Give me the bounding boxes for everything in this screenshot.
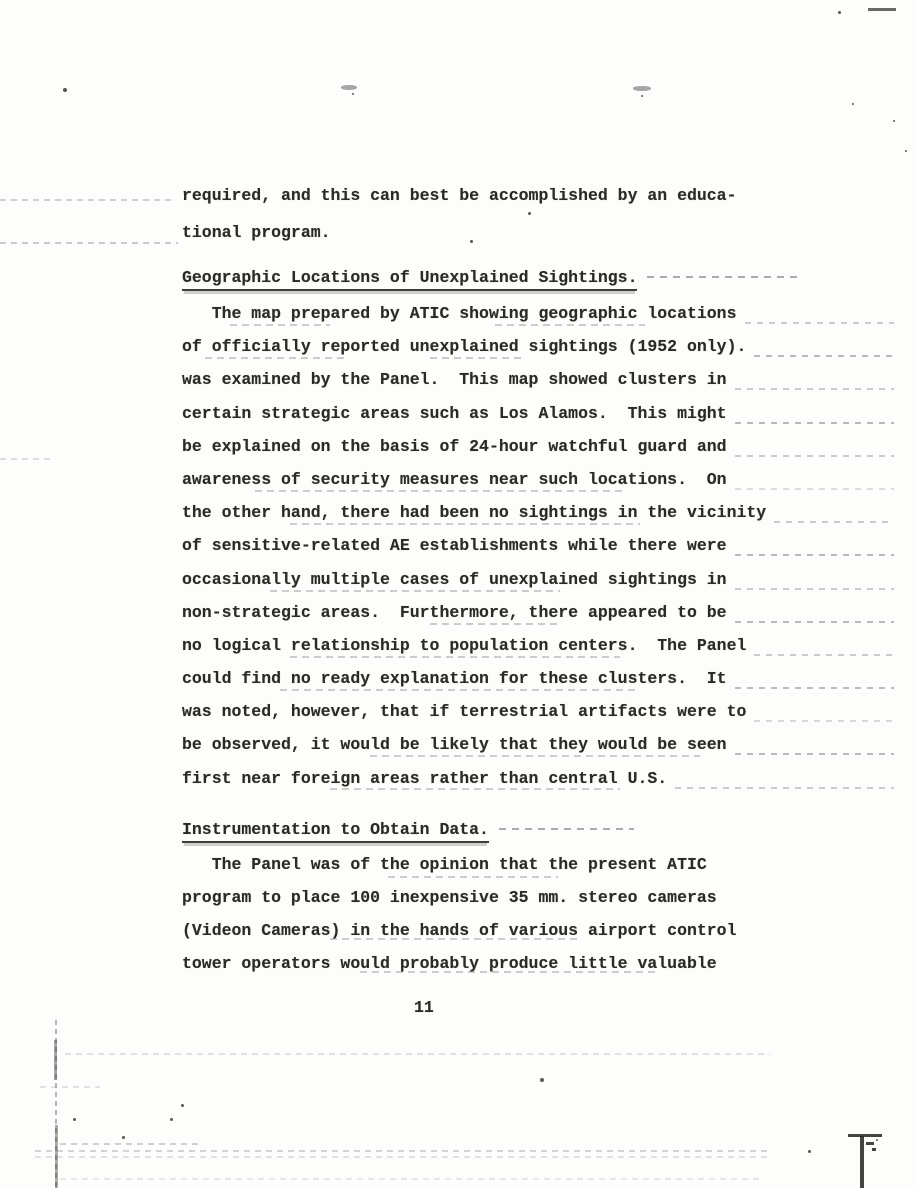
scan-smudge-artifact	[341, 85, 357, 90]
paragraph-geographic-locations: The map prepared by ATIC showing geograp…	[182, 304, 894, 802]
scan-dash-artifact	[35, 1150, 770, 1152]
text-line: occasionally multiple cases of unexplain…	[182, 570, 894, 603]
scan-trail-artifact	[754, 355, 894, 357]
scan-dot-artifact	[893, 120, 895, 122]
text-line: no logical relationship to population ce…	[182, 636, 894, 669]
scan-underline-artifact	[430, 357, 525, 359]
text-line: was noted, however, that if terrestrial …	[182, 702, 894, 735]
text-line: was examined by the Panel. This map show…	[182, 370, 894, 403]
scan-dot-artifact	[641, 95, 643, 97]
text-line-content: no logical relationship to population ce…	[182, 636, 746, 655]
scan-dot-artifact	[876, 1139, 878, 1141]
text-line: required, and this can best be accomplis…	[182, 186, 894, 223]
text-line-content: the other hand, there had been no sighti…	[182, 503, 766, 522]
scan-underline-artifact	[280, 689, 640, 691]
scan-underline-artifact	[230, 324, 330, 326]
text-line: certain strategic areas such as Los Alam…	[182, 404, 894, 437]
scan-dash-artifact	[0, 242, 178, 244]
text-line: non-strategic areas. Furthermore, there …	[182, 603, 894, 636]
scan-trail-artifact	[754, 654, 894, 656]
scan-underline-artifact	[255, 490, 625, 492]
text-line-content: The map prepared by ATIC showing geograp…	[182, 304, 737, 323]
scan-dot-artifact	[170, 1118, 173, 1121]
scan-trail-artifact	[675, 787, 894, 789]
scan-bracket-artifact	[866, 1142, 874, 1145]
text-line: tional program.	[182, 223, 894, 260]
scan-underline-artifact	[290, 523, 640, 525]
scan-dot-artifact	[838, 11, 841, 14]
text-line-content: occasionally multiple cases of unexplain…	[182, 570, 727, 589]
scan-trail-artifact	[774, 521, 894, 523]
scan-dash-artifact	[499, 828, 634, 830]
scan-underline-artifact	[388, 876, 558, 878]
scan-trail-artifact	[735, 588, 894, 590]
scan-trail-artifact	[754, 720, 894, 722]
text-line-content: was examined by the Panel. This map show…	[182, 370, 727, 389]
text-line: be explained on the basis of 24-hour wat…	[182, 437, 894, 470]
scan-dash-artifact	[647, 276, 797, 278]
scan-underline-artifact	[430, 623, 560, 625]
scan-trail-artifact	[735, 621, 894, 623]
text-line: first near foreign areas rather than cen…	[182, 769, 894, 802]
scan-trail-artifact	[735, 388, 894, 390]
scan-dash-artifact	[35, 1156, 770, 1158]
scan-dash-artifact	[65, 1053, 770, 1055]
scan-trail-artifact	[735, 554, 894, 556]
scan-dash-artifact	[40, 1086, 100, 1088]
scan-dash-artifact	[60, 1178, 760, 1180]
scan-dot-artifact	[122, 1136, 125, 1139]
scanned-document-page: required, and this can best be accomplis…	[0, 0, 918, 1188]
scan-trail-artifact	[735, 455, 894, 457]
text-line-content: was noted, however, that if terrestrial …	[182, 702, 746, 721]
heading-text: Geographic Locations of Unexplained Sigh…	[182, 268, 637, 291]
scan-underline-artifact	[330, 938, 580, 940]
scan-dot-artifact	[808, 1150, 811, 1153]
paragraph-educational-program: required, and this can best be accomplis…	[182, 186, 894, 260]
text-line: The map prepared by ATIC showing geograp…	[182, 304, 894, 337]
text-line-content: program to place 100 inexpensive 35 mm. …	[182, 888, 717, 907]
text-line-content: awareness of security measures near such…	[182, 470, 727, 489]
scan-underline-artifact	[330, 788, 620, 790]
text-line-content: could find no ready explanation for thes…	[182, 669, 727, 688]
scan-dot-artifact	[540, 1078, 544, 1082]
scan-trail-artifact	[735, 488, 894, 490]
scan-underline-artifact	[290, 656, 620, 658]
scan-bracket-artifact	[848, 1134, 882, 1137]
text-line: awareness of security measures near such…	[182, 470, 894, 503]
text-line-content: of sensitive-related AE establishments w…	[182, 536, 727, 555]
scan-dot-artifact	[181, 1104, 184, 1107]
scan-dot-artifact	[905, 150, 907, 152]
text-line: of officially reported unexplained sight…	[182, 337, 894, 370]
scan-dash-artifact	[60, 1143, 200, 1145]
text-line-content: be explained on the basis of 24-hour wat…	[182, 437, 727, 456]
scan-underline-artifact	[205, 357, 345, 359]
scan-dash-artifact	[0, 458, 55, 460]
text-line-content: be observed, it would be likely that the…	[182, 735, 727, 754]
scan-dot-artifact	[528, 212, 531, 215]
scan-bracket-artifact	[872, 1148, 876, 1151]
scan-trail-artifact	[735, 422, 894, 424]
scan-dot-artifact	[852, 103, 854, 105]
text-line: be observed, it would be likely that the…	[182, 735, 894, 768]
scan-underline-artifact	[360, 971, 660, 973]
scan-underline-artifact	[370, 755, 700, 757]
text-line: the other hand, there had been no sighti…	[182, 503, 894, 536]
scan-trail-artifact	[735, 687, 894, 689]
scan-bracket-artifact	[860, 1136, 864, 1188]
scan-underline-artifact	[270, 590, 560, 592]
section-heading-instrumentation: Instrumentation to Obtain Data.	[182, 820, 634, 843]
text-line-content: tional program.	[182, 223, 331, 242]
scan-smudge-artifact	[633, 86, 651, 91]
heading-text: Instrumentation to Obtain Data.	[182, 820, 489, 843]
paragraph-instrumentation: The Panel was of the opinion that the pr…	[182, 855, 894, 987]
scan-dot-artifact	[73, 1118, 76, 1121]
text-line: could find no ready explanation for thes…	[182, 669, 894, 702]
page-number: 11	[414, 998, 434, 1017]
text-line-content: of officially reported unexplained sight…	[182, 337, 746, 356]
text-line: program to place 100 inexpensive 35 mm. …	[182, 888, 894, 921]
scan-trail-artifact	[745, 322, 895, 324]
scan-vertical-line-artifact	[54, 1040, 57, 1080]
text-line-content: The Panel was of the opinion that the pr…	[182, 855, 707, 874]
text-line-content: required, and this can best be accomplis…	[182, 186, 737, 205]
section-heading-geographic-locations: Geographic Locations of Unexplained Sigh…	[182, 268, 797, 291]
scan-mark-artifact	[868, 8, 896, 11]
text-line-content: certain strategic areas such as Los Alam…	[182, 404, 727, 423]
text-line-content: non-strategic areas. Furthermore, there …	[182, 603, 727, 622]
text-line: The Panel was of the opinion that the pr…	[182, 855, 894, 888]
scan-dot-artifact	[352, 93, 354, 95]
scan-underline-artifact	[495, 324, 645, 326]
scan-dot-artifact	[470, 240, 473, 243]
text-line: of sensitive-related AE establishments w…	[182, 536, 894, 569]
text-line-content: first near foreign areas rather than cen…	[182, 769, 667, 788]
scan-dot-artifact	[63, 88, 67, 92]
scan-dash-artifact	[0, 199, 172, 201]
scan-trail-artifact	[735, 753, 894, 755]
